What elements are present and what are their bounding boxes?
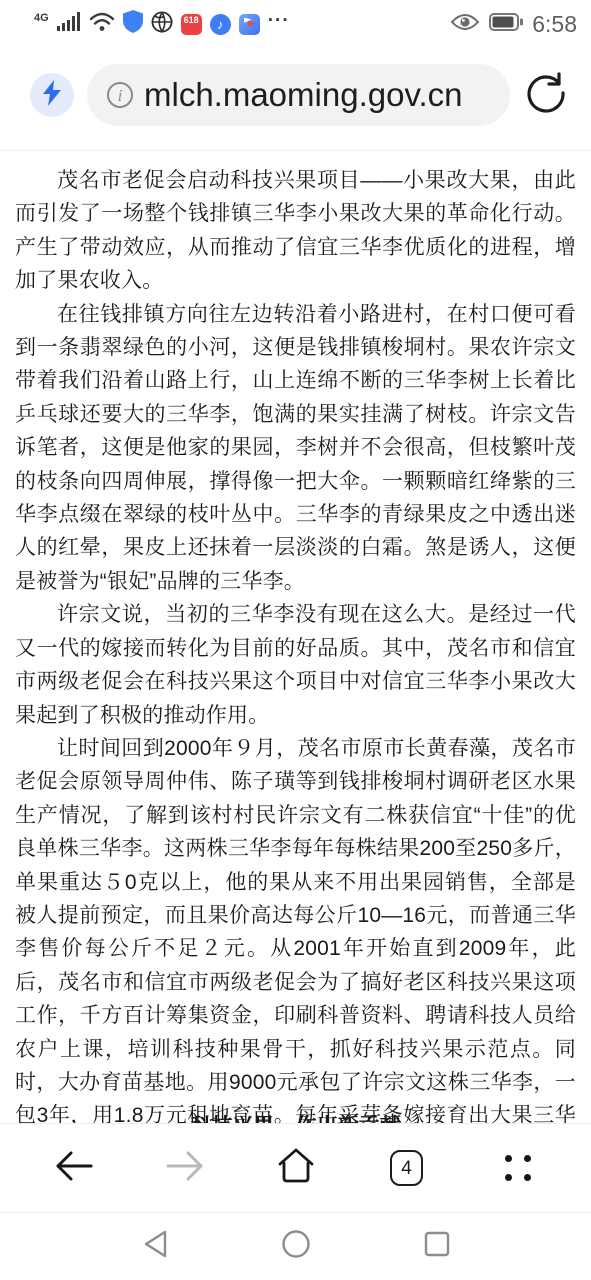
clipped-next-heading: 科技兴果，作出新贡献 (0, 1113, 591, 1123)
lightning-bolt-icon (42, 80, 62, 111)
address-bar-row: i mlch.maoming.gov.cn (0, 40, 591, 150)
forward-button[interactable] (155, 1138, 215, 1198)
clock-time: 6:58 (532, 11, 577, 38)
tab-counter-icon: 4 (390, 1150, 423, 1186)
more-notifications-icon: ··· (268, 10, 290, 32)
article-paragraph: 在往钱排镇方向往左边转沿着小路进村，在村口便可看到一条翡翠绿色的小河，这便是钱排… (15, 298, 576, 599)
android-navigation-bar (0, 1213, 591, 1279)
home-icon (276, 1147, 316, 1190)
tabs-button[interactable]: 4 (377, 1138, 437, 1198)
article-paragraph: 让时间回到2000年９月，茂名市原市长黄春藻，茂名市老促会原领导周仲伟、陈子璜等… (15, 732, 576, 1123)
refresh-icon (523, 70, 569, 121)
browser-globe-icon (151, 11, 173, 38)
status-bar: 4G (0, 0, 591, 40)
eye-comfort-icon (450, 12, 480, 37)
quick-access-button[interactable] (30, 73, 74, 117)
status-icons-right: 6:58 (450, 11, 577, 38)
nav-recents-square-icon (423, 1230, 451, 1263)
menu-dots-icon (505, 1155, 531, 1181)
back-arrow-icon (52, 1146, 96, 1191)
tab-count: 4 (401, 1159, 412, 1178)
home-button[interactable] (266, 1138, 326, 1198)
forward-arrow-icon (163, 1146, 207, 1191)
music-app-icon: ♪ (210, 14, 231, 35)
page-info-icon[interactable]: i (107, 82, 133, 108)
nav-home-button[interactable] (276, 1226, 316, 1266)
url-text: mlch.maoming.gov.cn (144, 76, 463, 114)
signal-strength-icon (57, 12, 81, 36)
article-paragraph: 许宗文说，当初的三华李没有现在这么大。是经过一代又一代的嫁接而转化为目前的好品质… (15, 598, 576, 732)
shopping-618-badge-icon: 618 (181, 14, 202, 35)
nav-back-triangle-icon (142, 1229, 168, 1264)
nav-back-button[interactable] (135, 1226, 175, 1266)
phone-screen: 4G (0, 0, 591, 1280)
network-type-label: 4G (34, 12, 49, 24)
menu-button[interactable] (488, 1138, 548, 1198)
refresh-button[interactable] (523, 70, 569, 121)
gallery-app-icon (239, 14, 260, 35)
battery-icon (489, 13, 523, 36)
wifi-icon (89, 12, 115, 37)
status-icons-left: 4G (34, 10, 290, 38)
browser-toolbar: 4 (0, 1124, 591, 1212)
back-button[interactable] (44, 1138, 104, 1198)
vpn-shield-icon (123, 10, 143, 38)
nav-home-circle-icon (281, 1229, 311, 1264)
web-page-viewport: 茂名市老促会启动科技兴果项目——小果改大果，由此而引发了一场整个钱排镇三华李小果… (0, 151, 591, 1123)
article-body: 茂名市老促会启动科技兴果项目——小果改大果，由此而引发了一场整个钱排镇三华李小果… (0, 151, 591, 1123)
article-paragraph: 茂名市老促会启动科技兴果项目——小果改大果，由此而引发了一场整个钱排镇三华李小果… (15, 164, 576, 298)
url-input[interactable]: i mlch.maoming.gov.cn (87, 64, 510, 126)
nav-recents-button[interactable] (417, 1226, 457, 1266)
